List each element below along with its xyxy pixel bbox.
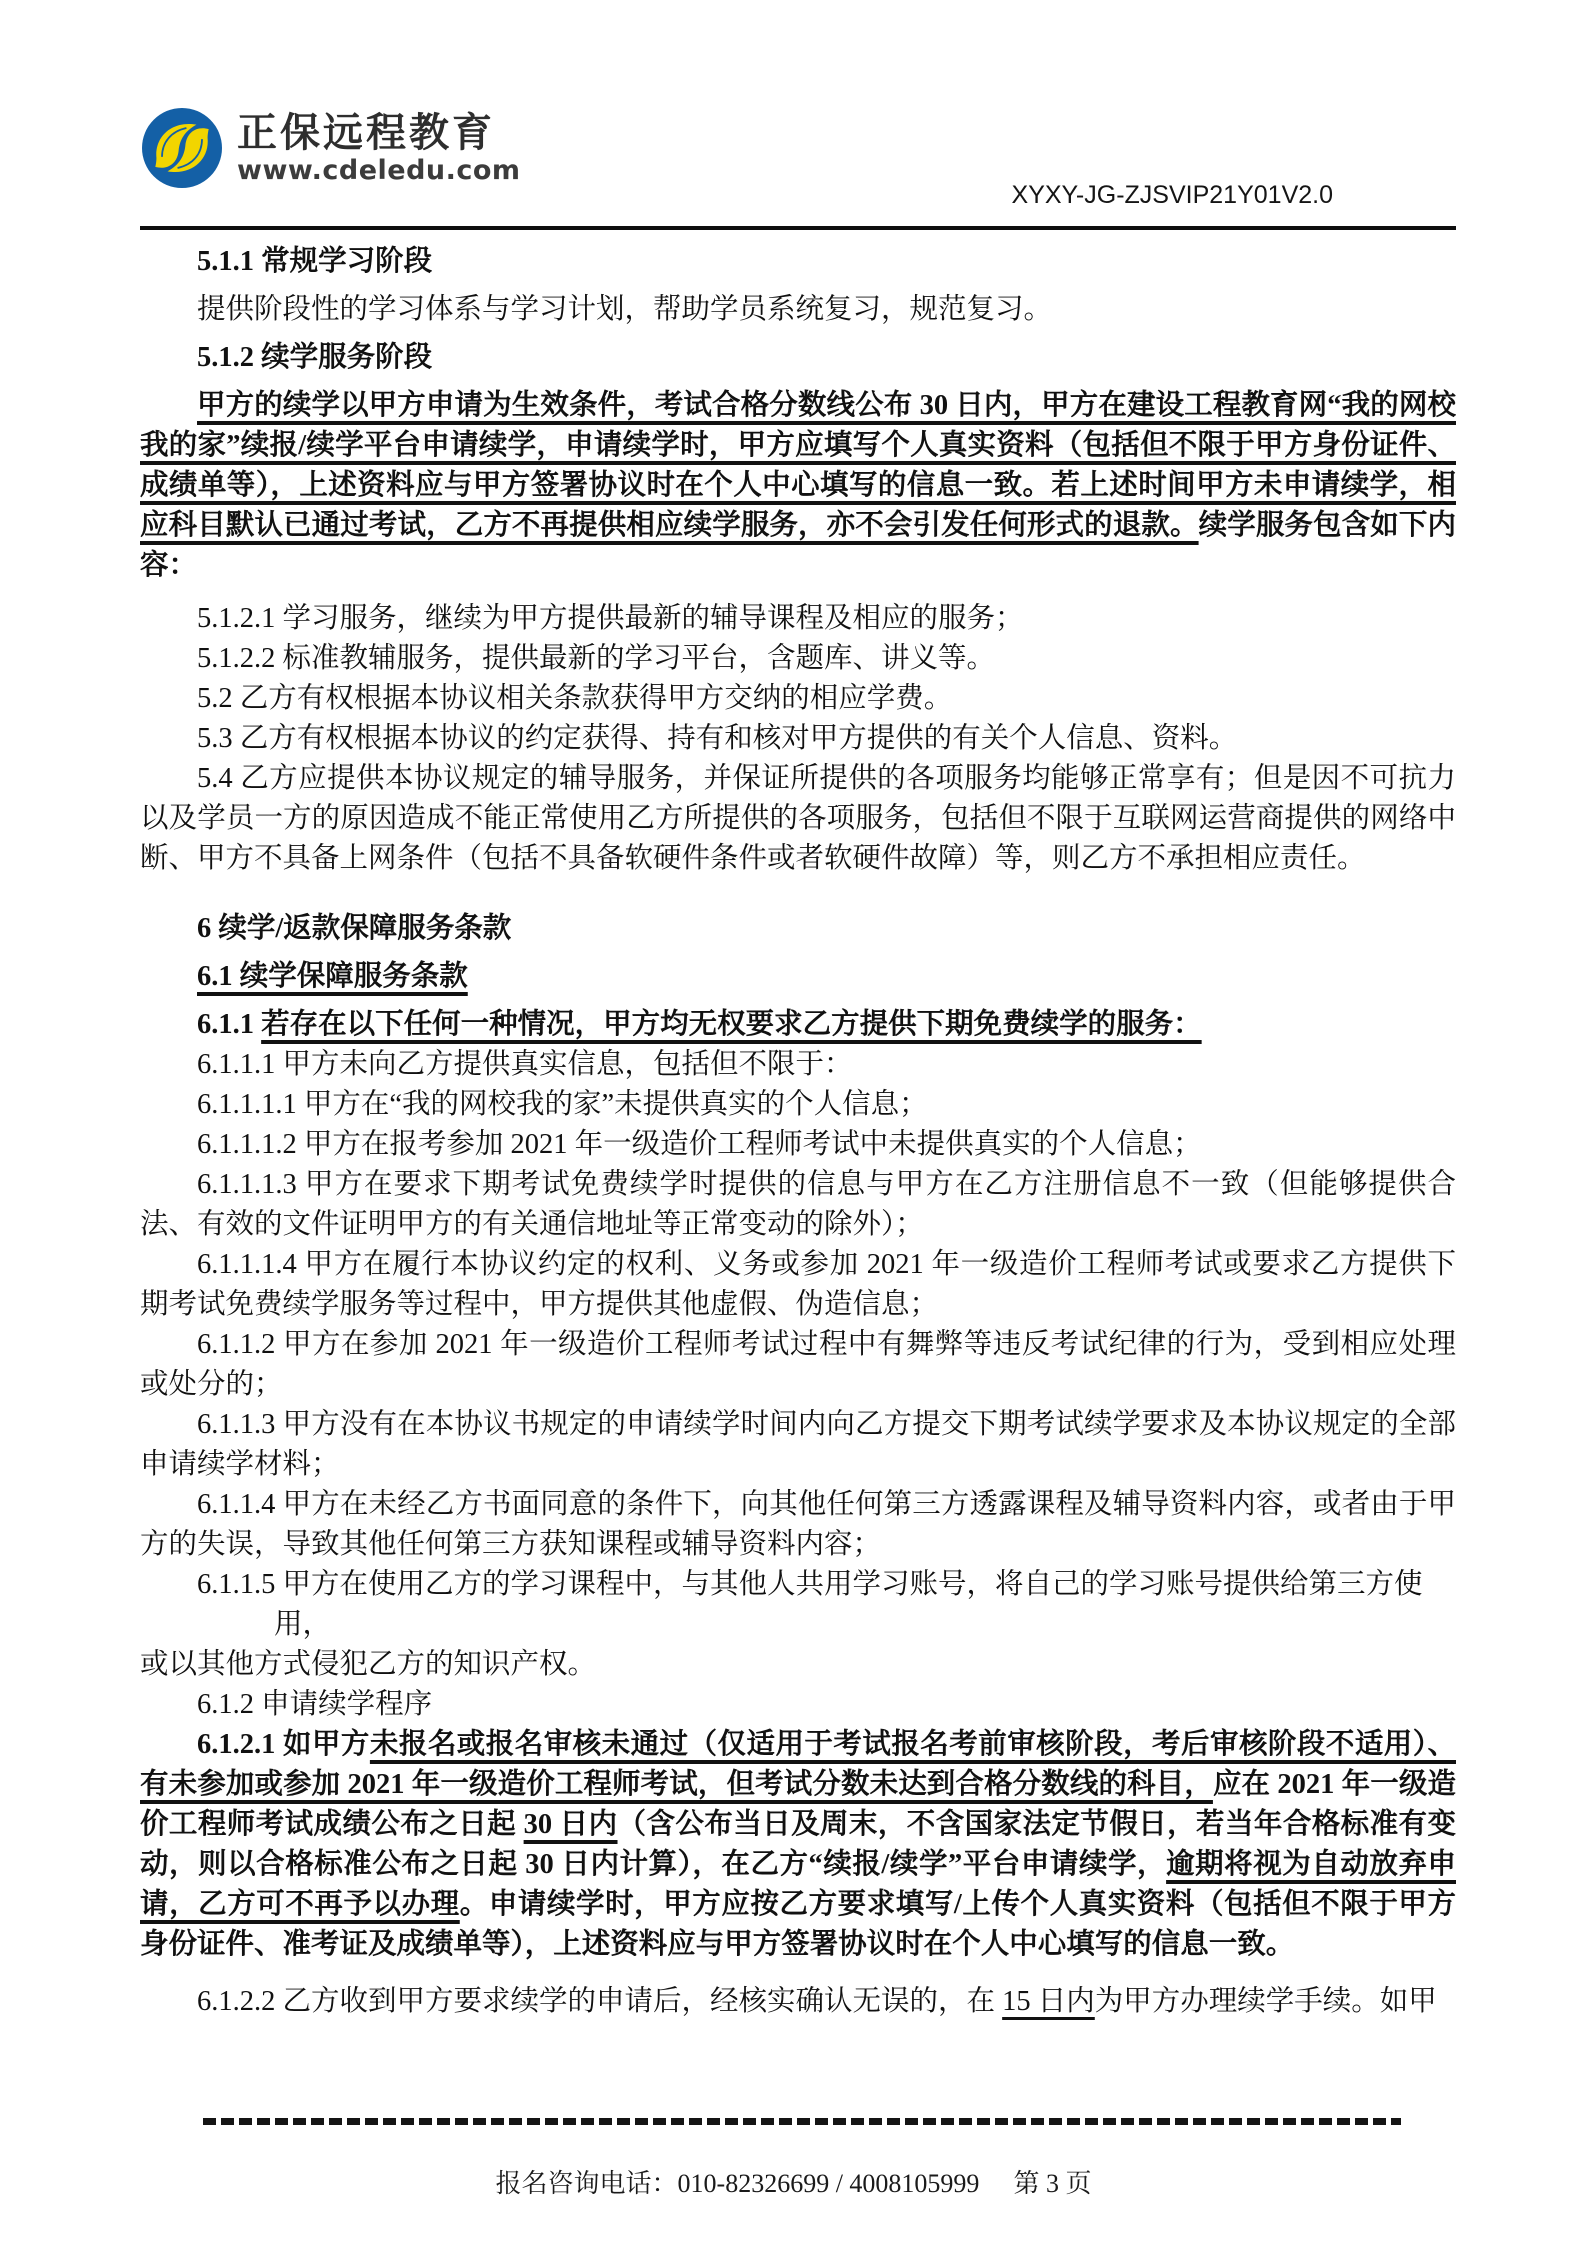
paragraph-segment: 6.1.2 申请续学程序 bbox=[197, 1689, 432, 1720]
contract-paragraph: 5.1.2 续学服务阶段 bbox=[140, 338, 1456, 378]
contract-paragraph: 5.1.2.2 标准教辅服务，提供最新的学习平台，含题库、讲义等。 bbox=[140, 639, 1456, 679]
paragraph-segment: 用， bbox=[274, 1609, 331, 1640]
paragraph-segment: 或以其他方式侵犯乙方的知识产权。 bbox=[140, 1649, 596, 1680]
paragraph-segment: 5.1.1 常规学习阶段 bbox=[197, 246, 432, 277]
contract-paragraph: 6.1.1.1.2 甲方在报考参加 2021 年一级造价工程师考试中未提供真实的… bbox=[140, 1125, 1456, 1165]
paragraph-segment: 6.1.2.1 如甲方 bbox=[197, 1729, 370, 1760]
contract-paragraph: 6.1.1.1 甲方未向乙方提供真实信息，包括但不限于： bbox=[140, 1045, 1456, 1085]
paragraph-segment: 6.1.1 bbox=[197, 1009, 261, 1040]
contract-paragraph: 用， bbox=[140, 1605, 1456, 1645]
paragraph-segment: 提供阶段性的学习体系与学习计划，帮助学员系统复习，规范复习。 bbox=[197, 294, 1052, 325]
contract-paragraph: 6.1.1.1.3 甲方在要求下期考试免费续学时提供的信息与甲方在乙方注册信息不… bbox=[140, 1165, 1456, 1245]
paragraph-segment: 6.1.1.1.4 甲方在履行本协议约定的权利、义务或参加 2021 年一级造价… bbox=[140, 1249, 1456, 1320]
contract-paragraph: 6.1.2.2 乙方收到甲方要求续学的申请后，经核实确认无误的，在 15 日内为… bbox=[140, 1982, 1456, 2022]
contract-paragraph: 5.3 乙方有权根据本协议的约定获得、持有和核对甲方提供的有关个人信息、资料。 bbox=[140, 719, 1456, 759]
brand-name: 正保远程教育 bbox=[237, 110, 521, 156]
paragraph-segment: 5.2 乙方有权根据本协议相关条款获得甲方交纳的相应学费。 bbox=[197, 683, 952, 714]
paragraph-segment: 6.1.1.2 甲方在参加 2021 年一级造价工程师考试过程中有舞弊等违反考试… bbox=[140, 1329, 1456, 1400]
paragraph-segment: 6 续学/返款保障服务条款 bbox=[197, 913, 511, 944]
document-code: XYXY-JG-ZJSVIP21Y01V2.0 bbox=[1012, 181, 1333, 210]
paragraph-segment: 若存在以下任何一种情况，甲方均无权要求乙方提供下期免费续学的服务： bbox=[261, 1009, 1202, 1040]
paragraph-segment: 6.1.1.1.3 甲方在要求下期考试免费续学时提供的信息与甲方在乙方注册信息不… bbox=[140, 1169, 1456, 1240]
contract-paragraph: 6.1.1.2 甲方在参加 2021 年一级造价工程师考试过程中有舞弊等违反考试… bbox=[140, 1325, 1456, 1405]
paragraph-segment: 5.4 乙方应提供本协议规定的辅导服务，并保证所提供的各项服务均能够正常享有；但… bbox=[140, 763, 1456, 874]
paragraph-segment: 6.1.1.1 甲方未向乙方提供真实信息，包括但不限于： bbox=[197, 1049, 853, 1080]
contract-paragraph: 6 续学/返款保障服务条款 bbox=[140, 909, 1456, 949]
contract-paragraph: 6.1.1.1.4 甲方在履行本协议约定的权利、义务或参加 2021 年一级造价… bbox=[140, 1245, 1456, 1325]
contract-page: 正保远程教育 www.cdeledu.com XYXY-JG-ZJSVIP21Y… bbox=[0, 0, 1587, 2245]
contract-paragraph: 6.1 续学保障服务条款 bbox=[140, 957, 1456, 997]
paragraph-segment: 6.1.1.3 甲方没有在本协议书规定的申请续学时间内向乙方提交下期考试续学要求… bbox=[140, 1409, 1456, 1480]
contract-paragraph: 5.1.1 常规学习阶段 bbox=[140, 242, 1456, 282]
contract-paragraph: 5.2 乙方有权根据本协议相关条款获得甲方交纳的相应学费。 bbox=[140, 679, 1456, 719]
contract-paragraph: 提供阶段性的学习体系与学习计划，帮助学员系统复习，规范复习。 bbox=[140, 290, 1456, 330]
contract-paragraph: 6.1.1.3 甲方没有在本协议书规定的申请续学时间内向乙方提交下期考试续学要求… bbox=[140, 1405, 1456, 1485]
footer-phone: 报名咨询电话：010-82326699 / 4008105999 bbox=[496, 2169, 980, 2198]
contract-paragraph: 6.1.1.4 甲方在未经乙方书面同意的条件下，向其他任何第三方透露课程及辅导资… bbox=[140, 1485, 1456, 1565]
paragraph-segment: 6.1.2.2 乙方收到甲方要求续学的申请后，经核实确认无误的，在 bbox=[197, 1986, 1002, 2017]
contract-paragraph: 甲方的续学以甲方申请为生效条件，考试合格分数线公布 30 日内，甲方在建设工程教… bbox=[140, 386, 1456, 586]
header-divider bbox=[140, 226, 1456, 230]
footer-divider bbox=[203, 2118, 1401, 2125]
contract-paragraph: 6.1.2.1 如甲方未报名或报名审核未通过（仅适用于考试报名考前审核阶段，考后… bbox=[140, 1725, 1456, 1965]
paragraph-segment: 30 日内 bbox=[524, 1809, 618, 1840]
document-body: 5.1.1 常规学习阶段提供阶段性的学习体系与学习计划，帮助学员系统复习，规范复… bbox=[140, 238, 1456, 2022]
contract-paragraph: 6.1.1.5 甲方在使用乙方的学习课程中，与其他人共用学习账号，将自己的学习账… bbox=[140, 1565, 1456, 1605]
paragraph-segment: 5.1.2.2 标准教辅服务，提供最新的学习平台，含题库、讲义等。 bbox=[197, 643, 995, 674]
contract-paragraph: 5.1.2.1 学习服务，继续为甲方提供最新的辅导课程及相应的服务； bbox=[140, 599, 1456, 639]
contract-paragraph: 5.4 乙方应提供本协议规定的辅导服务，并保证所提供的各项服务均能够正常享有；但… bbox=[140, 759, 1456, 879]
contract-paragraph: 6.1.1.1.1 甲方在“我的网校我的家”未提供真实的个人信息； bbox=[140, 1085, 1456, 1125]
paragraph-segment: 6.1.1.5 甲方在使用乙方的学习课程中，与其他人共用学习账号，将自己的学习账… bbox=[197, 1569, 1423, 1600]
paragraph-segment: 为甲方办理续学手续。如甲 bbox=[1095, 1986, 1437, 2017]
contract-paragraph: 6.1.2 申请续学程序 bbox=[140, 1685, 1456, 1725]
paragraph-segment: 15 日内 bbox=[1002, 1986, 1095, 2017]
footer-page-number: 第 3 页 bbox=[1013, 2169, 1091, 2198]
paragraph-segment: 6.1.1.1.1 甲方在“我的网校我的家”未提供真实的个人信息； bbox=[197, 1089, 928, 1120]
paragraph-segment: 6.1.1.4 甲方在未经乙方书面同意的条件下，向其他任何第三方透露课程及辅导资… bbox=[140, 1489, 1456, 1560]
contract-paragraph: 6.1.1 若存在以下任何一种情况，甲方均无权要求乙方提供下期免费续学的服务： bbox=[140, 1005, 1456, 1045]
swirl-logo-icon bbox=[142, 108, 222, 188]
paragraph-segment: 5.1.2.1 学习服务，继续为甲方提供最新的辅导课程及相应的服务； bbox=[197, 603, 1024, 634]
page-footer: 报名咨询电话：010-82326699 / 4008105999第 3 页 bbox=[0, 2163, 1587, 2200]
paragraph-segment: 6.1.1.1.2 甲方在报考参加 2021 年一级造价工程师考试中未提供真实的… bbox=[197, 1129, 1202, 1160]
paragraph-segment: 5.1.2 续学服务阶段 bbox=[197, 342, 432, 373]
paragraph-segment: 6.1 续学保障服务条款 bbox=[197, 961, 468, 992]
paragraph-segment: 5.3 乙方有权根据本协议的约定获得、持有和核对甲方提供的有关个人信息、资料。 bbox=[197, 723, 1237, 754]
brand-website: www.cdeledu.com bbox=[237, 156, 521, 186]
company-logo: 正保远程教育 www.cdeledu.com bbox=[142, 108, 521, 188]
contract-paragraph: 或以其他方式侵犯乙方的知识产权。 bbox=[140, 1645, 1456, 1685]
